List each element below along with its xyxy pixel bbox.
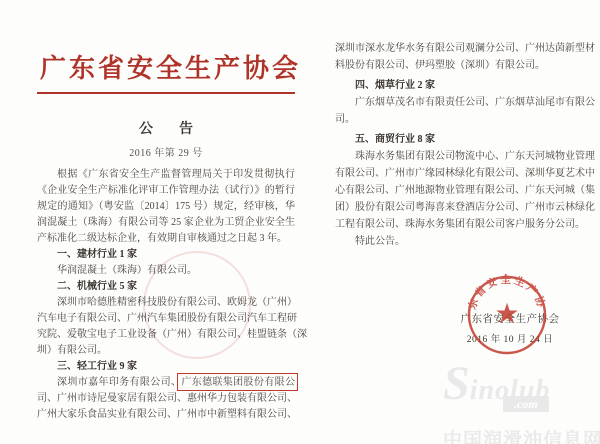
text-line: 有限公司、广州市广缘园林绿化有限公司、深圳华夏艺术中 (335, 165, 591, 182)
watermark-logo: Sinolub .com (443, 364, 599, 415)
seal-star-icon: ★ (494, 299, 519, 330)
text-line: 华润混凝土（珠海）有限公司。 (37, 263, 295, 279)
text-line: 心有限公司、广州地源物业管理有限公司、广东天河城（集 (335, 182, 591, 199)
text-line: 广东烟草茂名市有限责任公司、广东烟草汕尾市有限公 (335, 94, 591, 111)
text-line: 团）股份有限公司粤海喜来登酒店分公司、广州市云林绿化 (335, 199, 591, 216)
watermark-site-name: 中国润滑油信息网 (443, 425, 599, 444)
watermark-letter-s: S (443, 357, 470, 410)
text-line: 广州大家乐食品实业有限公司、广州市中新塑料有限公司、 (37, 407, 295, 423)
text-line: 汽车电子有限公司、广州汽车集团股份有限公司汽车工程研 (37, 311, 295, 327)
text-line: 料股份有限公司、伊玛塑胶（深圳）有限公司。 (335, 57, 591, 74)
text-line-highlighted: 深圳市嘉年印务有限公司、广东德联集团股份有限公 (37, 375, 295, 391)
right-body: 深圳市深水龙华水务有限公司观澜分公司、广州达茵新型材 料股份有限公司、伊玛塑胶（… (335, 40, 591, 250)
text-line: 规定的通知》（粤安监〔2014〕175 号）规定，经审核，华 (37, 199, 295, 215)
section-heading: 四、烟草行业 2 家 (335, 77, 591, 94)
document-scan: 广东省安全生产协会 公 告 2016 年第 29 号 根据《广东省安全生产监督管… (0, 0, 600, 444)
text-line: 珠海水务集团有限公司物流中心、广东天河城物业管理 (335, 148, 591, 165)
left-body: 根据《广东省安全生产监督管理局关于印发贯彻执行 《企业安全生产标准化评审工作管理… (37, 167, 295, 423)
doc-number: 2016 年第 29 号 (37, 144, 295, 159)
org-title: 广东省安全生产协会 (37, 48, 295, 94)
page-right: 深圳市深水龙华水务有限公司观澜分公司、广州达茵新型材 料股份有限公司、伊玛塑胶（… (335, 40, 591, 250)
text-line: 深圳市嘉年印务有限公司、广东德联集团股份有限公 (57, 377, 295, 388)
official-seal: 广东省安全生产协会 ★ (450, 270, 565, 362)
doc-type: 公 告 (37, 118, 295, 138)
text-line: 圳）有限公司。 (37, 343, 295, 359)
text-line: 《企业安全生产标准化评审工作管理办法（试行）》的暂行 (37, 183, 295, 199)
text-line: 深圳市深水龙华水务有限公司观澜分公司、广州达茵新型材 (335, 40, 591, 57)
watermark: Sinolub .com 中国润滑油信息网 (443, 364, 599, 444)
section-heading: 三、轻工行业 9 家 (37, 359, 295, 375)
text-line: 产标准化二级达标企业，有效期自审核通过之日起 3 年。 (37, 231, 295, 247)
text-line: 工程有限公司、珠海水务集团有限公司客户服务分公司。 (335, 216, 591, 233)
text-line: 司、广州市诗尼曼家居有限公司、惠州华力包装有限公司、 (37, 391, 295, 407)
watermark-domain-badge: .com (503, 396, 549, 412)
text-line: 根据《广东省安全生产监督管理局关于印发贯彻执行 (37, 167, 295, 183)
page-left: 广东省安全生产协会 公 告 2016 年第 29 号 根据《广东省安全生产监督管… (37, 48, 295, 423)
text-line: 究院、爱敬宝电子工业设备（广州）有限公司、桂盟链条（深 (37, 327, 295, 343)
closing-line: 特此公告。 (335, 233, 591, 250)
section-heading: 二、机械行业 5 家 (37, 279, 295, 295)
text-line: 润混凝土（珠海）有限公司等 25 家企业为工贸企业安全生 (37, 215, 295, 231)
section-heading: 五、商贸行业 8 家 (335, 131, 591, 148)
text-line: 深圳市哈德胜精密科技股份有限公司、欧姆龙（广州） (37, 295, 295, 311)
text-line: 司。 (335, 111, 591, 128)
section-heading: 一、建材行业 1 家 (37, 247, 295, 263)
